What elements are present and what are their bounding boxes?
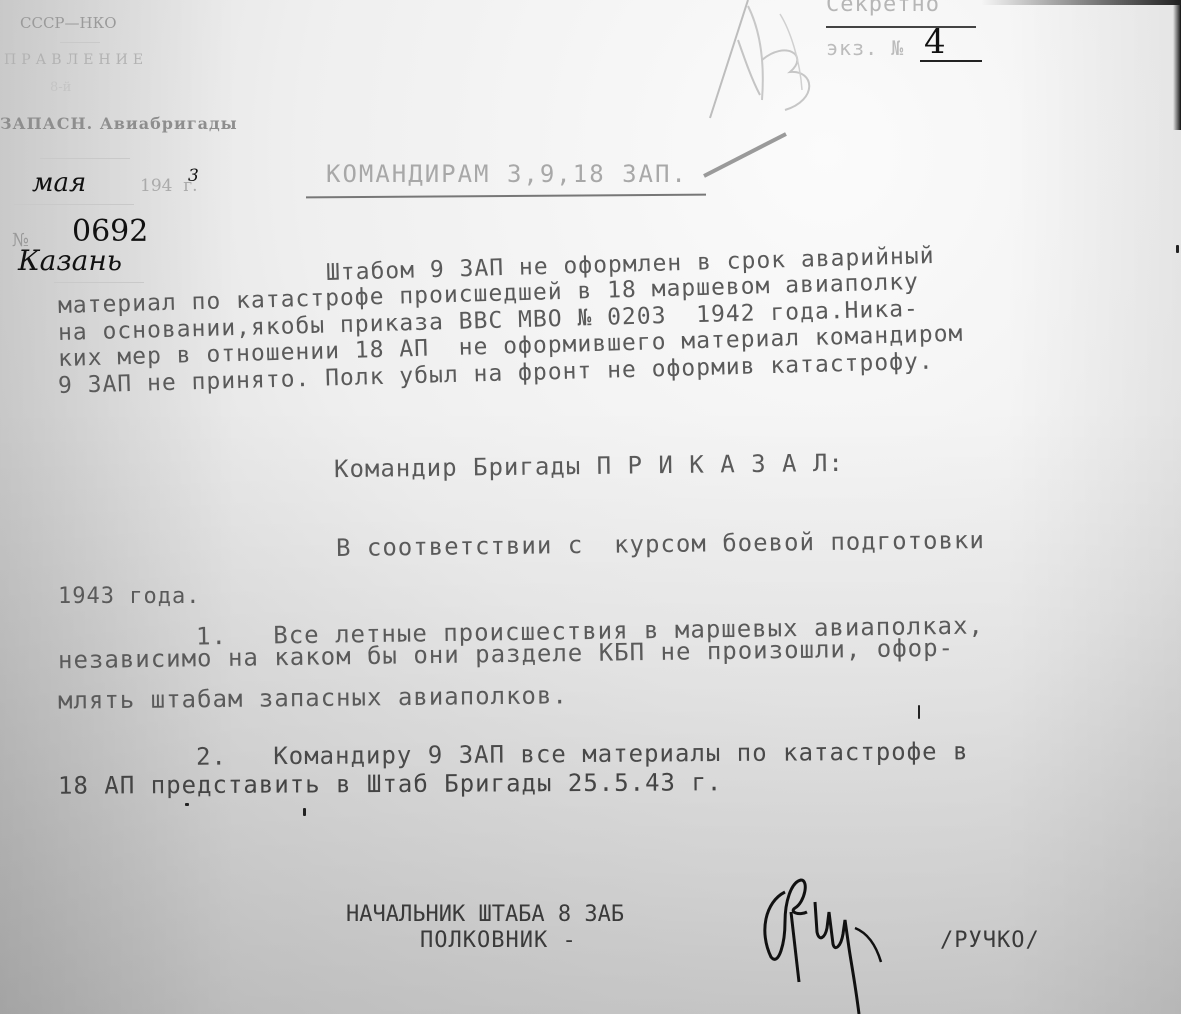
- scanned-document-page: СССР—НКО ПРАВЛЕНИЕ 8-й ЗАПАСН. Авиабрига…: [0, 0, 1181, 1014]
- copy-number-label: экз. №: [826, 36, 904, 60]
- scan-speck: [303, 808, 306, 816]
- classification-label: Секретно: [826, 0, 940, 17]
- order-heading: Командир Бригады П Р И К А З А Л:: [334, 449, 844, 483]
- scan-edge-shadow-top: [981, 0, 1181, 5]
- intro-line: 1943 года.: [58, 584, 200, 609]
- city-handwritten: Казань: [18, 244, 122, 277]
- stamp-divider: [54, 282, 144, 283]
- copy-number-handwritten: 4: [924, 22, 946, 62]
- date-year-handwritten: 3: [188, 166, 199, 186]
- stamp-divider: [60, 42, 100, 43]
- addressee-line: КОМАНДИРАМ 3,9,18 ЗАП.: [326, 160, 688, 188]
- signatory-name: /РУЧКО/: [940, 928, 1040, 953]
- stamp-divider: [40, 158, 130, 159]
- scan-edge-shadow: [1173, 0, 1181, 130]
- order-item-1-line: независимо на каком бы они разделе КБП н…: [58, 634, 954, 675]
- letterhead-line-4: ЗАПАСН. Авиабригады: [0, 114, 238, 133]
- scan-speck: [918, 705, 920, 719]
- stamp-divider: [14, 204, 134, 205]
- letterhead-line-3: 8-й: [50, 80, 71, 95]
- pencil-resolution-mark: [690, 0, 850, 120]
- scan-speck: [185, 803, 189, 806]
- pencil-stroke: [700, 130, 790, 180]
- addressee-underline: [306, 194, 706, 199]
- copy-number-underline: [920, 60, 982, 62]
- scan-speck: [1176, 245, 1179, 253]
- date-month-handwritten: мая: [32, 168, 86, 198]
- letterhead-line-1: СССР—НКО: [20, 14, 117, 32]
- item-number: 2.: [196, 742, 227, 770]
- signatory-title: НАЧАЛЬНИК ШТАБА 8 ЗАБ: [346, 902, 624, 927]
- letterhead-line-2: ПРАВЛЕНИЕ: [4, 52, 148, 68]
- intro-line: В соответствии с курсом боевой подготовк…: [336, 526, 985, 562]
- order-item-2-line: 18 АП представить в Штаб Бригады 25.5.43…: [58, 768, 722, 799]
- order-item-1-line: млять штабам запасных авиаполков.: [58, 681, 568, 714]
- signatory-rank: ПОЛКОВНИК -: [420, 928, 577, 953]
- classification-underline: [826, 26, 976, 28]
- handwritten-signature: [755, 872, 905, 1014]
- order-item-2-first-line: 2. Командиру 9 ЗАП все материалы по ката…: [196, 737, 969, 770]
